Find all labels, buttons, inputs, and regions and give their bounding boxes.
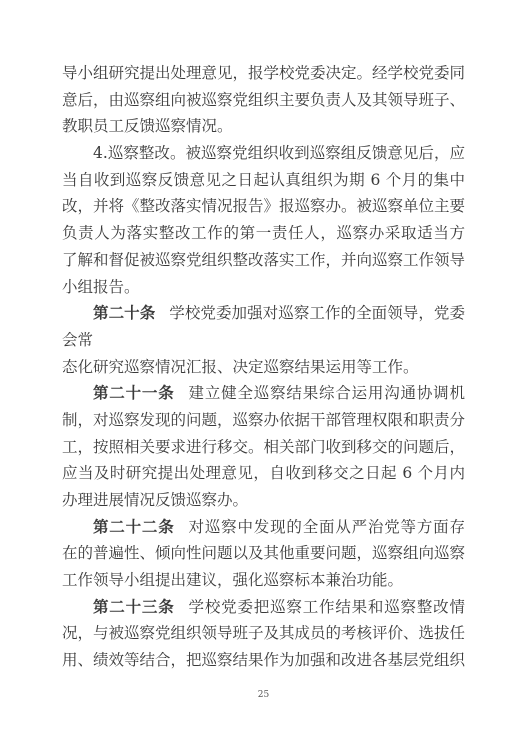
text-line: 制，对巡察发现的问题，巡察办依据干部管理权限和职责分 [62,407,465,434]
article-number: 第二十条 [93,303,155,322]
line-text: 对巡察中发现的全面从严治党等方面存 [189,518,465,536]
page-number: 25 [0,689,527,701]
text-line: 会常 [62,327,465,354]
article-line: 第二十一条建立健全巡察结果综合运用沟通协调机 [62,380,465,407]
article-line: 第二十三条学校党委把巡察工作结果和巡察整改情 [62,594,465,621]
text-line: 导小组研究提出处理意见，报学校党委决定。经学校党委同 [62,60,465,87]
article-line: 第二十二条对巡察中发现的全面从严治党等方面存 [62,514,465,541]
text-line: 态化研究巡察情况汇报、决定巡察结果运用等工作。 [62,354,465,381]
document-page: 导小组研究提出处理意见，报学校党委决定。经学校党委同意后，由巡察组向被巡察党组织… [0,0,527,745]
text-line: 小组报告。 [62,274,465,301]
text-line: 工，按照相关要求进行移交。相关部门收到移交的问题后， [62,434,465,461]
text-line: 教职员工反馈巡察情况。 [62,113,465,140]
text-line: 工作领导小组提出建议，强化巡察标本兼治功能。 [62,567,465,594]
text-line: 负责人为落实整改工作的第一责任人，巡察办采取适当方式， [62,220,465,247]
article-number: 第二十三条 [93,597,175,616]
text-line: 况，与被巡察党组织领导班子及其成员的考核评价、选拔任 [62,620,465,647]
text-line: 应当及时研究提出处理意见，自收到移交之日起 6 个月内将 [62,460,465,487]
text-line: 当自收到巡察反馈意见之日起认真组织为期 6 个月的集中整 [62,167,465,194]
text-line: 4.巡察整改。被巡察党组织收到巡察组反馈意见后，应 [62,140,465,167]
article-number: 第二十一条 [93,383,175,402]
document-body: 导小组研究提出处理意见，报学校党委决定。经学校党委同意后，由巡察组向被巡察党组织… [62,60,465,674]
text-line: 在的普遍性、倾向性问题以及其他重要问题，巡察组向巡察 [62,540,465,567]
text-line: 改，并将《整改落实情况报告》报巡察办。被巡察单位主要 [62,193,465,220]
line-text: 学校党委加强对巡察工作的全面领导，党委 [169,304,465,322]
text-line: 了解和督促被巡察党组织整改落实工作，并向巡察工作领导 [62,247,465,274]
text-line: 意后，由巡察组向被巡察党组织主要负责人及其领导班子、 [62,87,465,114]
text-line: 用、绩效等结合，把巡察结果作为加强和改进各基层党组织 [62,647,465,674]
text-line: 办理进展情况反馈巡察办。 [62,487,465,514]
article-number: 第二十二条 [93,517,175,536]
line-text: 学校党委把巡察工作结果和巡察整改情 [189,598,465,616]
line-text: 建立健全巡察结果综合运用沟通协调机 [189,384,465,402]
article-line: 第二十条学校党委加强对巡察工作的全面领导，党委 [62,300,465,327]
